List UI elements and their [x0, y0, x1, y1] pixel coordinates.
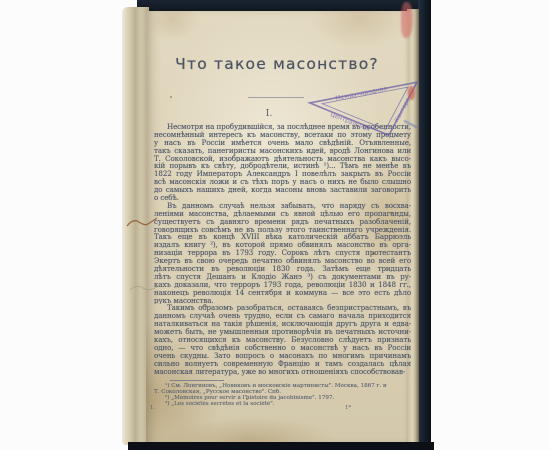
text-line: данномъ случаѣ очень трудно, если съ сам… [154, 312, 411, 320]
text-line: одно, — что свѣдѣнія собственно о масонс… [154, 344, 411, 352]
pencil-mark [128, 280, 162, 296]
page-title: Что такое масонство? [146, 55, 408, 73]
title-divider [248, 97, 304, 98]
text-line: кахъ доказали, что терроръ 1793 года, ре… [154, 281, 411, 289]
text-line: кій порывъ къ свѣту, добродѣтели, истинѣ… [154, 162, 411, 170]
bottom-cover-edge [128, 442, 434, 450]
foxing-speck [170, 96, 172, 98]
text-line: существуетъ съ давняго времени рядъ печа… [154, 218, 411, 226]
text-line: можетъ быть, не умышленныя противорѣчія … [154, 328, 411, 336]
text-block: Несмотря на пробудившійся, за послѣднее … [154, 123, 411, 376]
foxing-speck [205, 305, 207, 307]
stamp-side-top: Международная [335, 85, 388, 102]
text-line: Такимъ образомъ разобраться, оставаясь б… [154, 304, 411, 312]
foxing-speck [372, 252, 375, 255]
footnote-separator [170, 380, 224, 381]
text-line: рукъ масонства. [154, 297, 411, 305]
text-line: лѣтъ спустя Дешанъ и Клодіо Жанэ ³) съ д… [154, 273, 411, 281]
text-line: Такъ еще въ концѣ XVIII вѣка католическі… [154, 233, 411, 241]
stamp-side-bottom: Центральная [329, 111, 371, 133]
text-line: о себѣ. [154, 194, 411, 202]
foxing-speck [246, 398, 248, 400]
book-photo: Что такое масонство? I. Несмотря на проб… [0, 0, 550, 450]
text-line: говорящихъ совсѣмъ не въ пользу этого та… [154, 226, 411, 234]
text-line: до самыхъ нашихъ дней, когда масоны внов… [154, 186, 411, 194]
library-stamp-icon: Международная Контора Центральная [300, 72, 430, 150]
signature-mark-right: 1* [345, 405, 351, 411]
book-page: Что такое масонство? I. Несмотря на проб… [146, 11, 408, 443]
footnotes: ¹) См. Лонгиновъ, „Новиковъ и московскіе… [154, 383, 404, 407]
red-paint-mark-middle [408, 86, 415, 100]
text-line: издалъ книгу ²), въ которой прямо обвиня… [154, 241, 411, 249]
text-line: масонская литература, уже во многихъ отн… [154, 368, 411, 376]
text-line: Т. Соколовской, изображаютъ дѣятельность… [154, 155, 411, 163]
text-line: 1822 году Императоръ Александръ I повелѣ… [154, 170, 411, 178]
rust-stain [125, 212, 161, 234]
text-line: наталкиваться на такія рѣшенія, исключаю… [154, 320, 411, 328]
signature-mark-left: 1. [150, 405, 155, 411]
text-line: кахъ, относящихся къ масонству. Безуслов… [154, 336, 411, 344]
text-line: наконецъ революція 14 сентября и коммуна… [154, 289, 411, 297]
text-line: леніями масонства, дѣлаемыми съ явной цѣ… [154, 210, 411, 218]
text-line: очень скудны. Зато вопросъ о масонахъ по… [154, 352, 411, 360]
right-cover-edge [418, 0, 431, 447]
text-line: дѣятельности въ революціи 1830 года. Зат… [154, 265, 411, 273]
text-line: Экертъ въ свою очередь печатно обвинялъ … [154, 257, 411, 265]
footnote-line: ³) „Les sociétés secrètes et la société"… [154, 401, 404, 407]
text-line: всѣ масонскія ложи и съ тѣхъ поръ у насъ… [154, 178, 411, 186]
text-line: сильно волнуетъ современную Францію и та… [154, 360, 411, 368]
text-line: Въ данномъ случаѣ нельзя забывать, что н… [154, 202, 411, 210]
foxing-speck [390, 212, 393, 214]
